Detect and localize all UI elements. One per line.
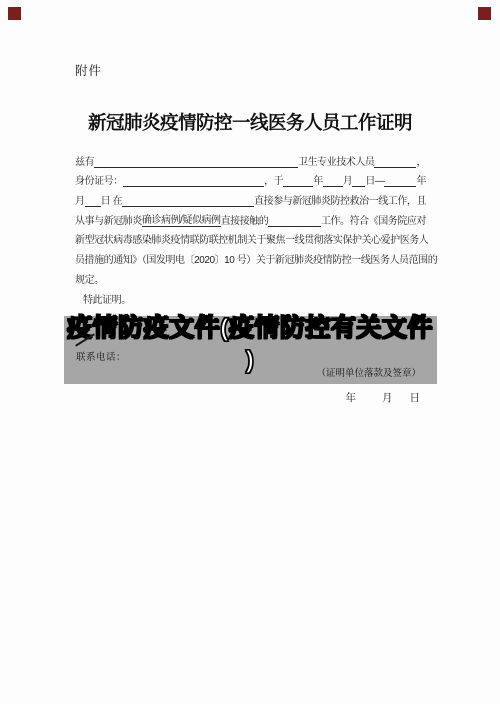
body-text: 员措施的通知》（国发明电〔2020〕10 号）关于新冠肺炎疫情防控一线医务人员范… bbox=[75, 251, 437, 266]
body-text: 月 bbox=[343, 172, 353, 187]
body-text: 年 bbox=[313, 172, 323, 187]
body-text: 日— bbox=[365, 172, 384, 187]
body-line: 月日 在直接参与新冠肺炎防控救治一线工作，且 bbox=[75, 187, 426, 207]
body-text: 规定。 bbox=[75, 271, 104, 286]
body-text: ， bbox=[416, 153, 426, 168]
body-text: 直接参与新冠肺炎防控救治一线工作，且 bbox=[254, 192, 426, 207]
watermark-line-2: ) bbox=[0, 344, 500, 376]
body-line: 从事与新冠肺炎确诊病例/疑似病例直接接触的工作。符合《国务院应对 bbox=[75, 207, 426, 227]
body-text: 日 在 bbox=[101, 192, 122, 207]
page-title: 新冠肺炎疫情防控一线医务人员工作证明 bbox=[0, 109, 500, 135]
body-text: 确诊病例/疑似病例 bbox=[142, 211, 221, 227]
blank-underline bbox=[123, 174, 264, 187]
body-line: 兹有卫生专业技术人员， bbox=[75, 148, 426, 168]
body-text: 月 bbox=[75, 192, 85, 207]
certificate-document-page: 附件 新冠肺炎疫情防控一线医务人员工作证明 兹有卫生专业技术人员，身份证号：，于… bbox=[0, 0, 500, 704]
body-paragraph: 兹有卫生专业技术人员，身份证号：，于年月日—年月日 在直接参与新冠肺炎防控救治一… bbox=[75, 148, 426, 306]
blank-underline bbox=[323, 174, 343, 187]
date-year-label: 年 bbox=[346, 390, 357, 405]
body-text: 兹有 bbox=[75, 153, 94, 168]
attachment-label: 附件 bbox=[75, 61, 102, 79]
body-text: 身份证号： bbox=[75, 172, 123, 187]
blank-underline bbox=[268, 214, 321, 227]
date-line: 年 月 日 bbox=[346, 390, 421, 405]
body-line: 新型冠状病毒感染肺炎疫情联防联控机制关于聚焦一线贯彻落实保护关心爱护医务人 bbox=[75, 227, 426, 247]
blank-underline bbox=[85, 194, 101, 207]
blank-underline bbox=[122, 194, 254, 207]
body-text: 新型冠状病毒感染肺炎疫情联防联控机制关于聚焦一线贯彻落实保护关心爱护医务人 bbox=[75, 231, 428, 246]
corner-mark-top-right bbox=[478, 7, 491, 20]
body-text: ，于 bbox=[264, 172, 283, 187]
blank-underline bbox=[94, 155, 298, 168]
body-line: 规定。 bbox=[75, 266, 426, 286]
body-line: 特此证明。 bbox=[75, 286, 426, 306]
date-month-label: 月 bbox=[382, 390, 393, 405]
body-text: 工作。符合《国务院应对 bbox=[321, 212, 426, 227]
body-text: 卫生专业技术人员 bbox=[298, 153, 374, 168]
date-day-label: 日 bbox=[410, 390, 421, 405]
body-text: 直接接触的 bbox=[221, 212, 269, 227]
body-text: 特此证明。 bbox=[83, 291, 131, 306]
blank-underline bbox=[374, 155, 416, 168]
blank-underline bbox=[352, 174, 365, 187]
watermark-line-1: 疫情防疫文件(疫情防控有关文件 bbox=[0, 312, 500, 344]
blank-underline bbox=[283, 174, 313, 187]
body-line: 员措施的通知》（国发明电〔2020〕10 号）关于新冠肺炎疫情防控一线医务人员范… bbox=[75, 246, 426, 266]
body-text: 从事与新冠肺炎 bbox=[75, 212, 142, 227]
body-text: 年 bbox=[416, 172, 426, 187]
blank-underline bbox=[384, 174, 416, 187]
corner-mark-top-left bbox=[8, 7, 21, 20]
body-line: 身份证号：，于年月日—年 bbox=[75, 168, 426, 188]
